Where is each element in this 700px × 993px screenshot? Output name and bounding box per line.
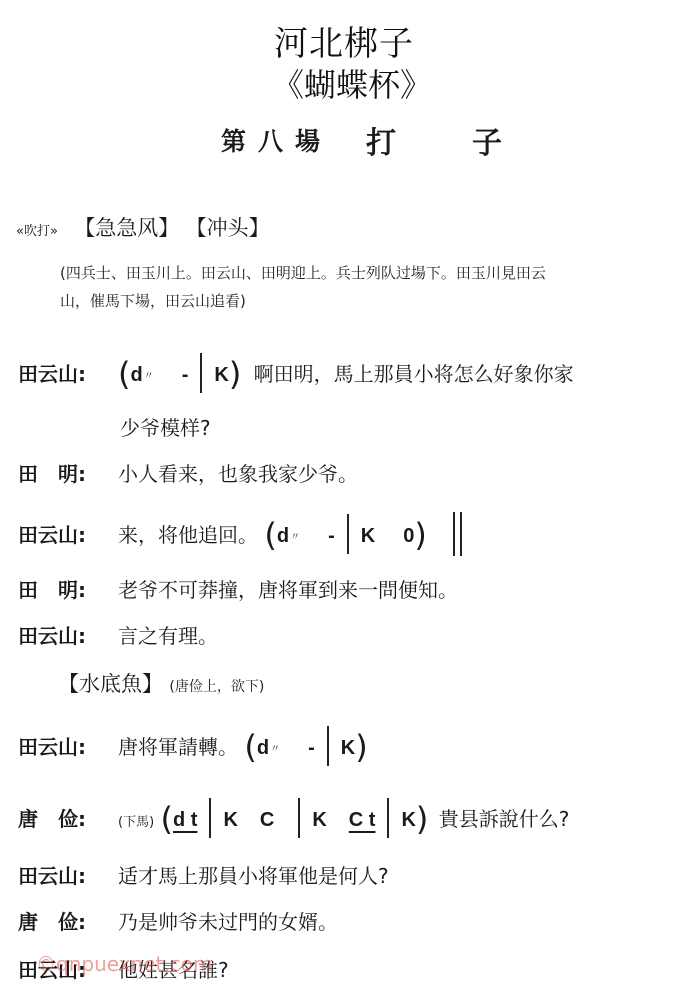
dialogue-text: 来，将他追回。 [118, 523, 258, 547]
tune-label: 【急急风】 [74, 216, 179, 240]
speaker-label: 田云山: [18, 731, 118, 760]
tune-label: 【水底魚】 [58, 672, 163, 696]
scene-name-part1: 打 [366, 118, 396, 162]
speaker-label: 唐 俭: [18, 906, 118, 935]
dialogue-line: 田云山:(d〃-K) 啊田明，馬上那員小将怎么好象你家 [18, 353, 574, 393]
stage-direction: (唐俭上，欲下) [169, 679, 264, 695]
dialogue-line: 田云山:唐将軍請轉。 (d〃-K) [18, 726, 368, 766]
dialogue-text: 貴县訴說什么? [439, 807, 570, 831]
dialogue-line: 田 明:小人看来，也象我家少爷。 [18, 458, 358, 487]
tune-line: 【水底魚】 (唐俭上，欲下) [58, 668, 264, 698]
dialogue-text: 乃是帅爷未过門的女婿。 [118, 910, 338, 934]
speaker-label: 田云山: [18, 860, 118, 889]
genre-title: 河北梆子 [274, 16, 414, 65]
bar-line [387, 798, 389, 838]
bar-line [327, 726, 329, 766]
percussion-notation: (d〃-K0) [264, 525, 461, 547]
dialogue-text: 言之有理。 [118, 624, 218, 648]
tune-label: 【冲头】 [186, 216, 270, 240]
opening-cue-line: «吹打» 【急急风】 【冲头】 [16, 212, 270, 242]
stage-direction: (四兵士、田玉川上。田云山、田明迎上。兵士列队过場下。田玉川見田云 [60, 262, 546, 283]
dialogue-text: 小人看来，也象我家少爷。 [118, 462, 358, 486]
bar-line [200, 353, 202, 393]
percussion-notation: (d tKCKC tK) [161, 809, 429, 831]
dialogue-continuation: 少爷模样? [120, 412, 211, 441]
dialogue-line: 唐 俭:乃是帅爷未过門的女婿。 [18, 906, 338, 935]
speaker-label: 田 明: [18, 458, 118, 487]
speaker-label: 田 明: [18, 574, 118, 603]
speaker-label: 田云山: [18, 519, 118, 548]
dialogue-line: 唐 俭:(下馬) (d tKCKC tK) 貴县訴說什么? [18, 798, 569, 838]
stage-direction: 山，催馬下場，田云山追看) [60, 290, 246, 311]
percussion-notation: (d〃-K) [244, 737, 367, 759]
bar-line [209, 798, 211, 838]
speaker-label: 田云山: [18, 620, 118, 649]
dialogue-line: 田云山:来，将他追回。 (d〃-K0) [18, 512, 462, 556]
dialogue-text: 唐将軍請轉。 [118, 735, 238, 759]
dialogue-line: 田云山:适才馬上那員小将軍他是何人? [18, 860, 389, 889]
dialogue-line: 田云山:言之有理。 [18, 620, 218, 649]
stage-direction: (下馬) [118, 815, 154, 830]
dialogue-text: 啊田明，馬上那員小将怎么好象你家 [254, 362, 574, 386]
dialogue-text: 适才馬上那員小将軍他是何人? [118, 864, 389, 888]
scene-name-part2: 子 [472, 118, 502, 162]
double-bar-line [453, 512, 462, 556]
music-cue: «吹打» [16, 224, 58, 239]
speaker-label: 田云山: [18, 358, 118, 387]
percussion-notation: (d〃-K) [118, 364, 241, 386]
watermark: ©qnpuexnet.com [36, 952, 212, 976]
play-title: 《蝴蝶杯》 [272, 60, 432, 106]
speaker-label: 唐 俭: [18, 803, 118, 832]
dialogue-text: 老爷不可莽撞，唐将軍到来一問便知。 [118, 578, 458, 602]
scene-number: 第八場 [221, 122, 332, 158]
dialogue-line: 田 明:老爷不可莽撞，唐将軍到来一問便知。 [18, 574, 458, 603]
bar-line [347, 514, 349, 554]
bar-line [298, 798, 300, 838]
